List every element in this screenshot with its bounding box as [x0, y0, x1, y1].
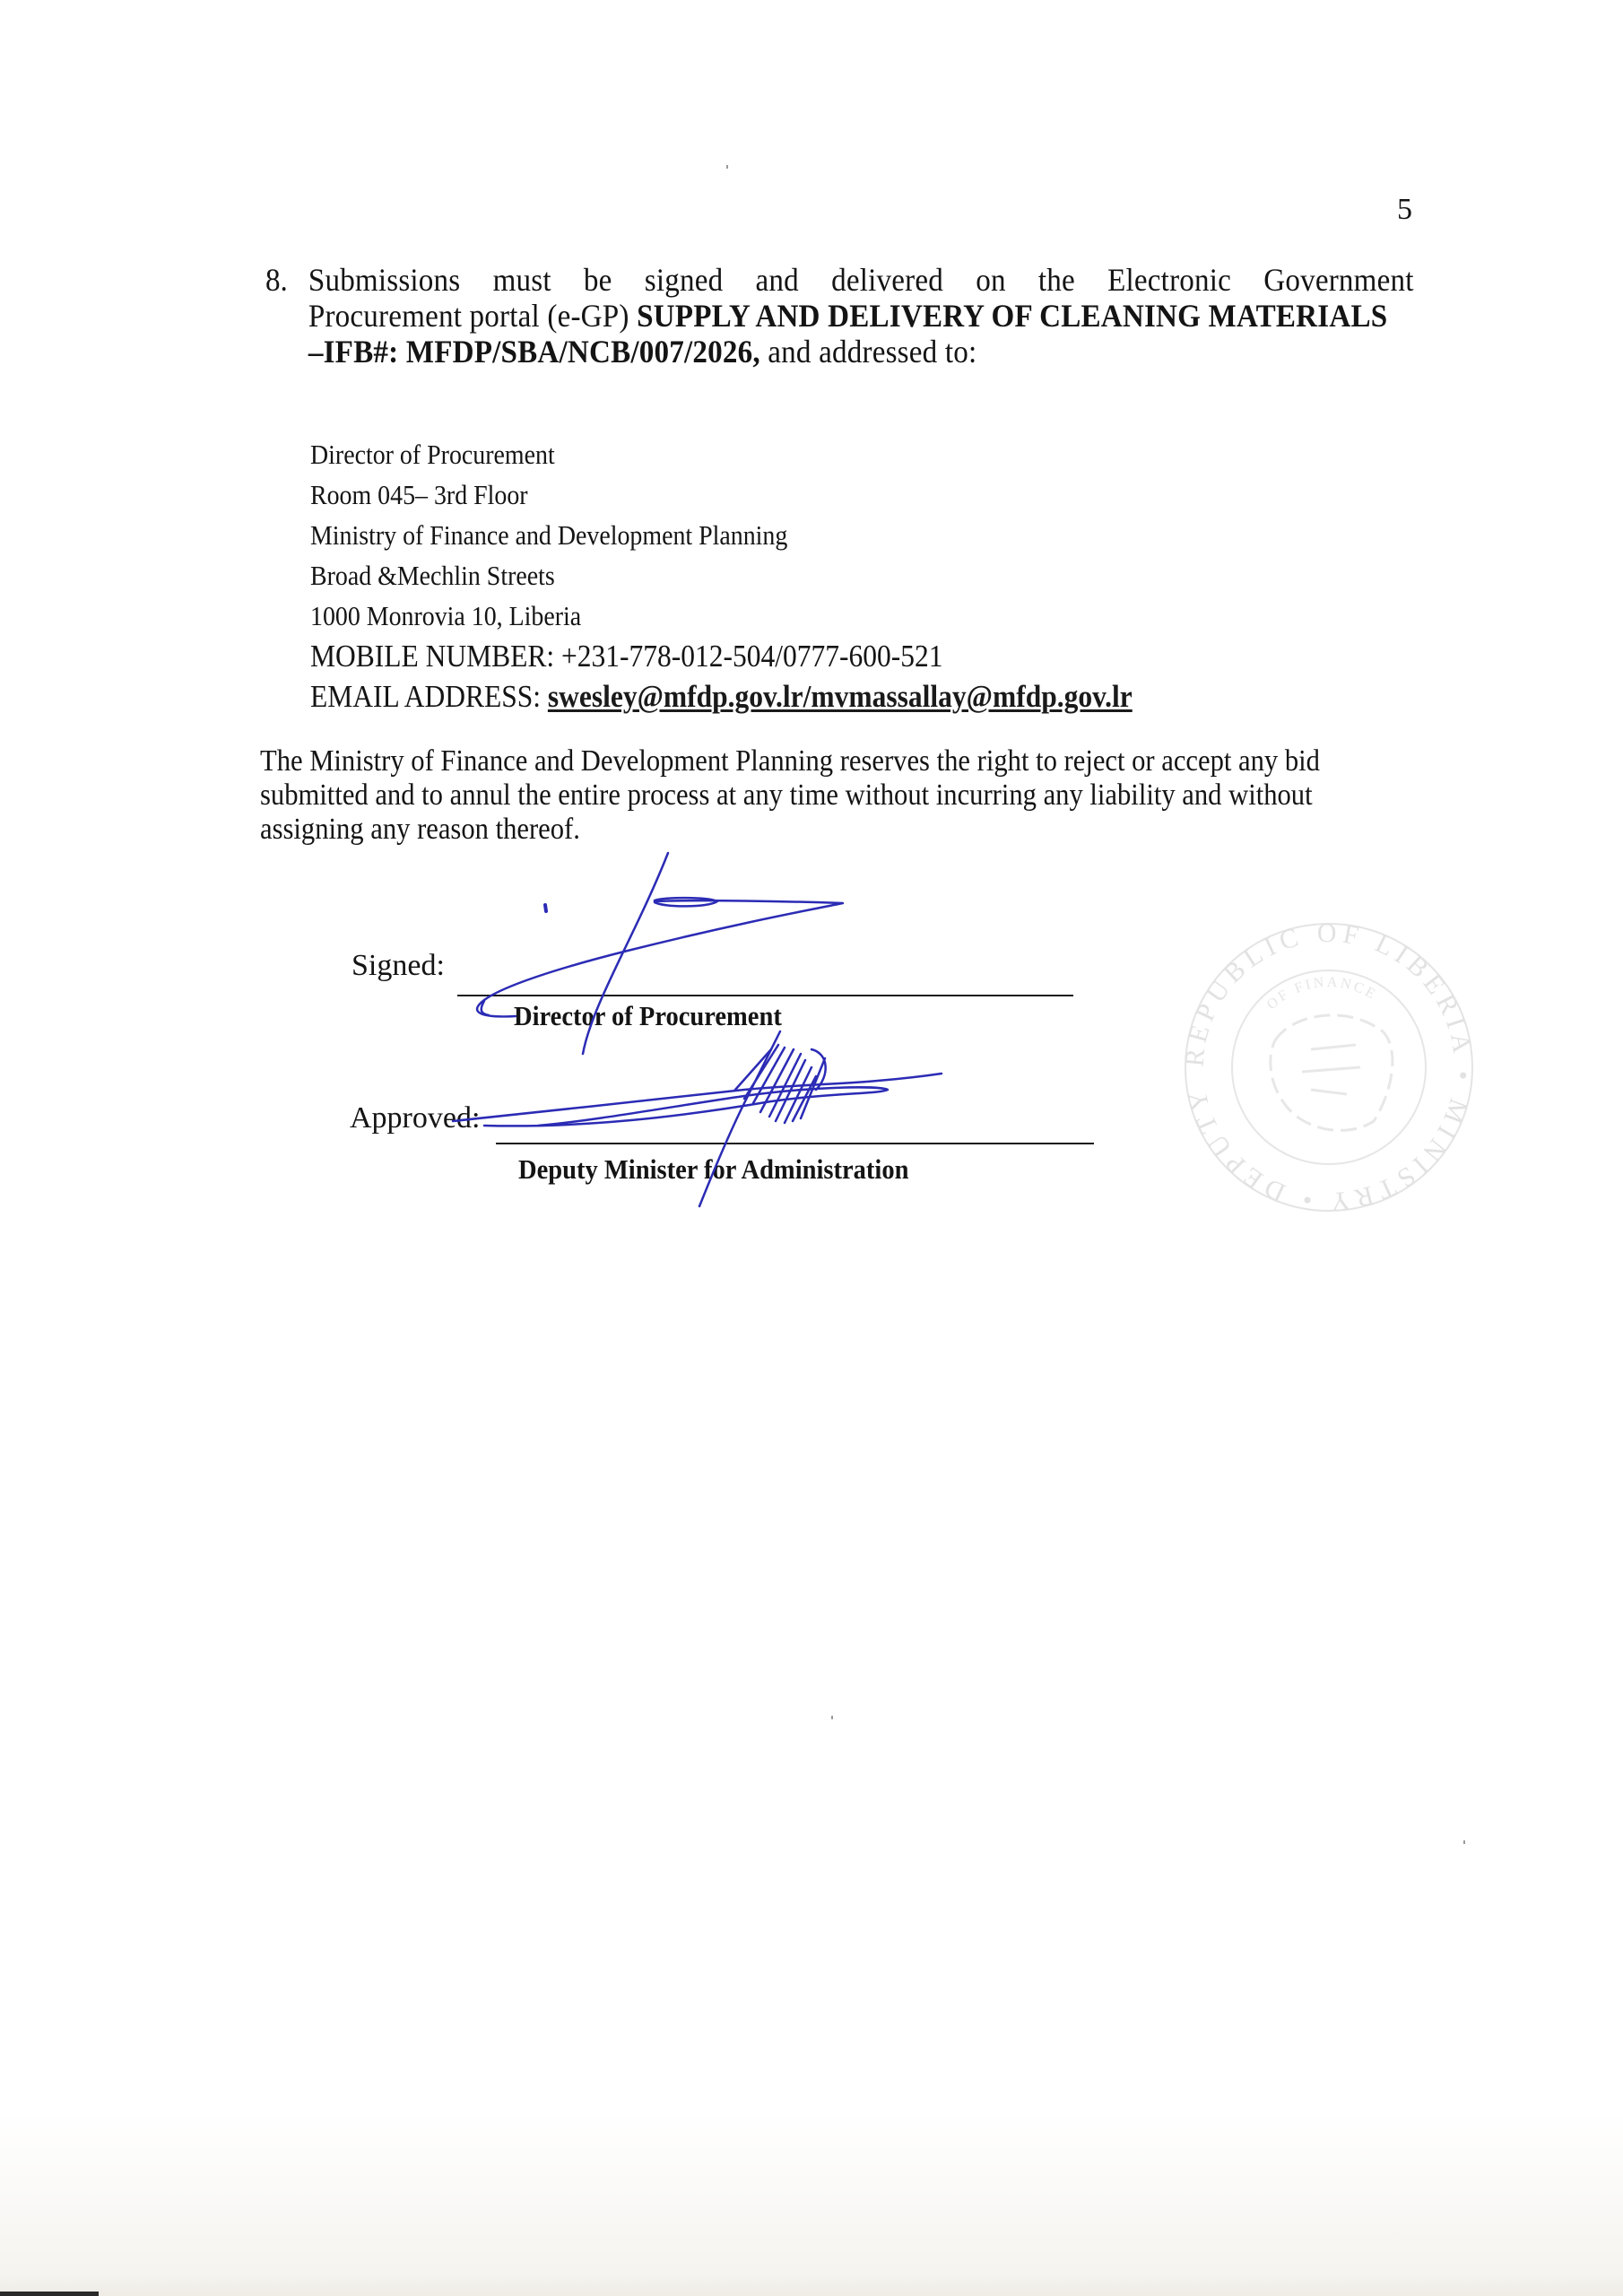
- scan-edge: [0, 2292, 99, 2296]
- instruction-line-1: Submissions must be signed and delivered…: [308, 262, 1414, 298]
- email-link[interactable]: swesley@mfdp.gov.lr/mvmassallay@mfdp.gov…: [548, 679, 1133, 714]
- svg-text:OF FINANCE: OF FINANCE: [1264, 975, 1380, 1013]
- item-number: 8.: [265, 262, 288, 298]
- mobile-number: +231-778-012-504/0777-600-521: [561, 639, 942, 674]
- signed-line: [457, 995, 1073, 996]
- mobile-number-line: MOBILE NUMBER: +231-778-012-504/0777-600…: [310, 636, 1133, 676]
- scan-speck: [726, 165, 728, 169]
- instruction-suffix: and addressed to:: [760, 334, 977, 370]
- ifb-number: –IFB#: MFDP/SBA/NCB/007/2026,: [308, 334, 760, 370]
- email-label: EMAIL ADDRESS:: [310, 679, 548, 714]
- submission-instruction-text: Submissions must be signed and delivered…: [308, 262, 1414, 370]
- document-page: 5 8. Submissions must be signed and deli…: [0, 0, 1623, 2296]
- page-number: 5: [1397, 192, 1412, 228]
- signed-title: Director of Procurement: [514, 1000, 782, 1032]
- address-line: Broad &Mechlin Streets: [310, 555, 1133, 596]
- address-line: Ministry of Finance and Development Plan…: [310, 515, 1133, 555]
- address-line: Director of Procurement: [310, 434, 1133, 474]
- address-block: Director of Procurement Room 045– 3rd Fl…: [310, 434, 1133, 717]
- approved-line: [496, 1143, 1094, 1144]
- approved-label: Approved:: [350, 1101, 480, 1135]
- address-line: Room 045– 3rd Floor: [310, 474, 1133, 515]
- embossed-seal-icon: REPUBLIC OF LIBERIA • MINISTRY • DEPUTY …: [1167, 906, 1490, 1229]
- svg-text:REPUBLIC OF LIBERIA • MINISTRY: REPUBLIC OF LIBERIA • MINISTRY • DEPUTY …: [1167, 906, 1478, 1217]
- email-address-line: EMAIL ADDRESS: swesley@mfdp.gov.lr/mvmas…: [310, 676, 1133, 717]
- approved-title: Deputy Minister for Administration: [518, 1153, 908, 1186]
- disclaimer-paragraph: The Ministry of Finance and Development …: [260, 744, 1390, 847]
- instruction-line-2-prefix: Procurement portal (e-GP): [308, 298, 637, 334]
- address-line: 1000 Monrovia 10, Liberia: [310, 596, 1133, 636]
- scan-speck: [831, 1716, 833, 1719]
- signed-label: Signed:: [352, 949, 445, 983]
- submission-instruction-item: 8. Submissions must be signed and delive…: [265, 262, 1323, 370]
- scan-speck: [1463, 1840, 1465, 1844]
- mobile-label: MOBILE NUMBER:: [310, 639, 561, 674]
- tender-title: SUPPLY AND DELIVERY OF CLEANING MATERIAL…: [637, 298, 1387, 334]
